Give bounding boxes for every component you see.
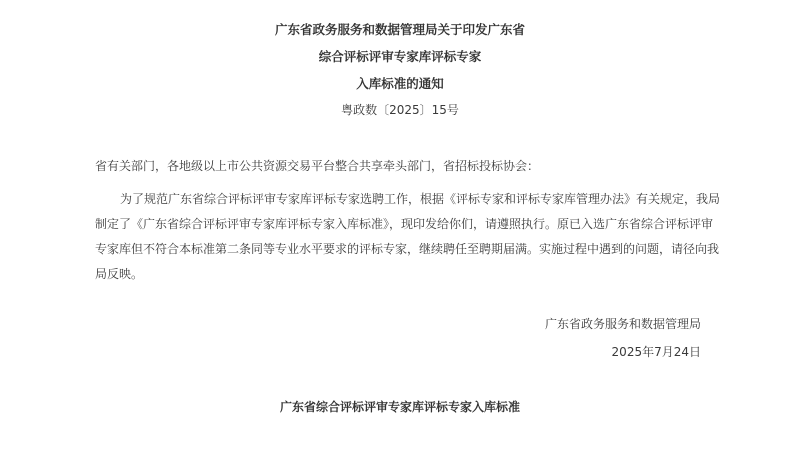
notice-title-line-1: 广东省政务服务和数据管理局关于印发广东省 bbox=[95, 16, 705, 43]
document-page: 广东省政务服务和数据管理局关于印发广东省 综合评标评审专家库评标专家 入库标准的… bbox=[95, 0, 705, 421]
body-line-2: 制定了《广东省综合评标评审专家库评标专家入库标准》，现印发给你们，请遵照执行。原… bbox=[95, 212, 705, 237]
issue-date: 2025年7月24日 bbox=[95, 338, 701, 366]
issuing-authority: 广东省政务服务和数据管理局 bbox=[95, 310, 701, 338]
notice-title-line-3: 入库标准的通知 bbox=[95, 70, 705, 97]
salutation-line: 省有关部门，各地级以上市公共资源交易平台整合共享牵头部门，省招标投标协会： bbox=[95, 154, 705, 179]
document-number: 粤政数〔2025〕15号 bbox=[95, 97, 705, 124]
notice-title-line-2: 综合评标评审专家库评标专家 bbox=[95, 43, 705, 70]
signature-block: 广东省政务服务和数据管理局 2025年7月24日 bbox=[95, 310, 705, 366]
body-line-1: 为了规范广东省综合评标评审专家库评标专家选聘工作，根据《评标专家和评标专家库管理… bbox=[95, 187, 705, 212]
notice-body: 省有关部门，各地级以上市公共资源交易平台整合共享牵头部门，省招标投标协会： 为了… bbox=[95, 154, 705, 287]
notice-title: 广东省政务服务和数据管理局关于印发广东省 综合评标评审专家库评标专家 入库标准的… bbox=[95, 16, 705, 124]
body-line-4: 局反映。 bbox=[95, 262, 705, 287]
body-line-3: 专家库但不符合本标准第二条同等专业水平要求的评标专家，继续聘任至聘期届满。实施过… bbox=[95, 237, 705, 262]
main-paragraph: 为了规范广东省综合评标评审专家库评标专家选聘工作，根据《评标专家和评标专家库管理… bbox=[95, 187, 705, 287]
attachment-title: 广东省综合评标评审专家库评标专家入库标准 bbox=[95, 394, 705, 421]
salutation-paragraph: 省有关部门，各地级以上市公共资源交易平台整合共享牵头部门，省招标投标协会： bbox=[95, 154, 705, 179]
